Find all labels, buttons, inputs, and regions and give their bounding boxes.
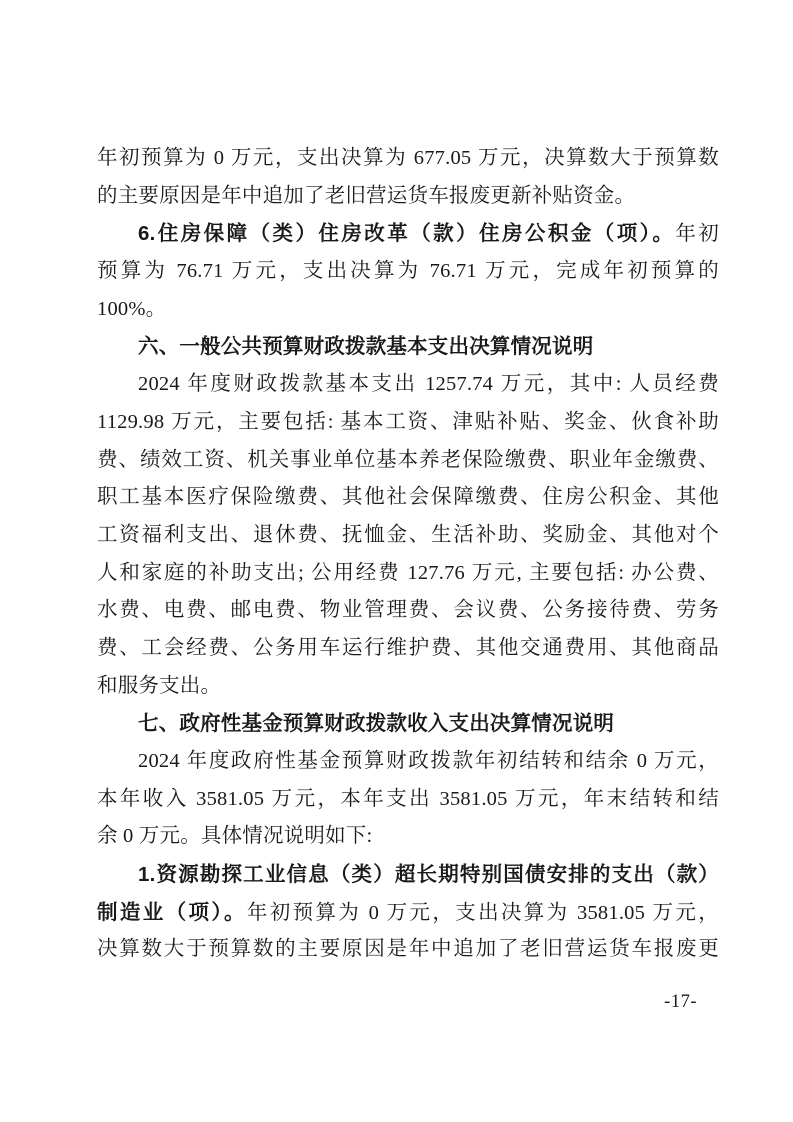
text-line: 人和家庭的补助支出; 公用经费 127.76 万元, 主要包括: 办公费、 xyxy=(97,555,719,593)
text-segment: 和服务支出。 xyxy=(97,675,221,697)
text-line: 100%。 xyxy=(97,291,719,329)
text-segment: 2024 年度财政拨款基本支出 1257.74 万元，其中: 人员经费 xyxy=(138,373,719,395)
bold-text-segment: 六、一般公共预算财政拨款基本支出决算情况说明 xyxy=(138,335,593,358)
text-line: 1.资源勘探工业信息（类）超长期特别国债安排的支出（款） xyxy=(97,856,719,894)
text-segment: 年初预算为 0 万元，支出决算为 677.05 万元，决算数大于预算数 xyxy=(97,147,719,169)
document-page: 年初预算为 0 万元，支出决算为 677.05 万元，决算数大于预算数的主要原因… xyxy=(0,0,793,1122)
section-heading: 七、政府性基金预算财政拨款收入支出决算情况说明 xyxy=(97,705,719,743)
text-segment: 余 0 万元。具体情况说明如下: xyxy=(97,825,372,847)
section-heading: 六、一般公共预算财政拨款基本支出决算情况说明 xyxy=(97,328,719,366)
text-line: 费、工会经费、公务用车运行维护费、其他交通费用、其他商品 xyxy=(97,630,719,668)
text-segment: 人和家庭的补助支出; 公用经费 127.76 万元, 主要包括: 办公费、 xyxy=(97,562,719,584)
text-line: 余 0 万元。具体情况说明如下: xyxy=(97,818,719,856)
text-segment: 2024 年度政府性基金预算财政拨款年初结转和结余 0 万元， xyxy=(138,750,719,772)
text-segment: 水费、电费、邮电费、物业管理费、会议费、公务接待费、劳务 xyxy=(97,599,719,621)
text-line: 工资福利支出、退休费、抚恤金、生活补助、奖励金、其他对个 xyxy=(97,517,719,555)
page-number: -17- xyxy=(664,991,697,1013)
text-line: 水费、电费、邮电费、物业管理费、会议费、公务接待费、劳务 xyxy=(97,592,719,630)
text-line: 的主要原因是年中追加了老旧营运货车报废更新补贴资金。 xyxy=(97,178,719,216)
bold-text-segment: 七、政府性基金预算财政拨款收入支出决算情况说明 xyxy=(138,712,614,735)
bold-text-segment: 制造业（项）。 xyxy=(97,901,247,924)
text-line: 费、绩效工资、机关事业单位基本养老保险缴费、职业年金缴费、 xyxy=(97,442,719,480)
text-segment: 1129.98 万元，主要包括: 基本工资、津贴补贴、奖金、伙食补助 xyxy=(97,411,719,433)
text-segment: 预算为 76.71 万元，支出决算为 76.71 万元，完成年初预算的 xyxy=(97,260,719,282)
document-body: 年初预算为 0 万元，支出决算为 677.05 万元，决算数大于预算数的主要原因… xyxy=(97,140,719,969)
text-line: 和服务支出。 xyxy=(97,668,719,706)
text-line: 职工基本医疗保险缴费、其他社会保障缴费、住房公积金、其他 xyxy=(97,479,719,517)
text-line: 制造业（项）。年初预算为 0 万元，支出决算为 3581.05 万元， xyxy=(97,894,719,932)
text-segment: 的主要原因是年中追加了老旧营运货车报废更新补贴资金。 xyxy=(97,185,635,207)
bold-text-segment: 1.资源勘探工业信息（类）超长期特别国债安排的支出（款） xyxy=(138,863,719,886)
text-line: 预算为 76.71 万元，支出决算为 76.71 万元，完成年初预算的 xyxy=(97,253,719,291)
text-segment: 工资福利支出、退休费、抚恤金、生活补助、奖励金、其他对个 xyxy=(97,524,719,546)
text-line: 6.住房保障（类）住房改革（款）住房公积金（项）。年初 xyxy=(97,215,719,253)
bold-text-segment: 6.住房保障（类）住房改革（款）住房公积金（项）。 xyxy=(138,222,675,245)
text-line: 1129.98 万元，主要包括: 基本工资、津贴补贴、奖金、伙食补助 xyxy=(97,404,719,442)
text-segment: 职工基本医疗保险缴费、其他社会保障缴费、住房公积金、其他 xyxy=(97,486,719,508)
text-line: 年初预算为 0 万元，支出决算为 677.05 万元，决算数大于预算数 xyxy=(97,140,719,178)
text-segment: 年初 xyxy=(675,223,719,245)
text-segment: 费、绩效工资、机关事业单位基本养老保险缴费、职业年金缴费、 xyxy=(97,449,719,471)
text-segment: 决算数大于预算数的主要原因是年中追加了老旧营运货车报废更 xyxy=(97,938,719,960)
text-line: 2024 年度政府性基金预算财政拨款年初结转和结余 0 万元， xyxy=(97,743,719,781)
text-line: 决算数大于预算数的主要原因是年中追加了老旧营运货车报废更 xyxy=(97,931,719,969)
text-line: 2024 年度财政拨款基本支出 1257.74 万元，其中: 人员经费 xyxy=(97,366,719,404)
text-segment: 100%。 xyxy=(97,298,166,320)
text-line: 本年收入 3581.05 万元，本年支出 3581.05 万元，年末结转和结 xyxy=(97,781,719,819)
text-segment: 年初预算为 0 万元，支出决算为 3581.05 万元， xyxy=(247,902,719,924)
text-segment: 费、工会经费、公务用车运行维护费、其他交通费用、其他商品 xyxy=(97,637,719,659)
text-segment: 本年收入 3581.05 万元，本年支出 3581.05 万元，年末结转和结 xyxy=(97,788,719,810)
